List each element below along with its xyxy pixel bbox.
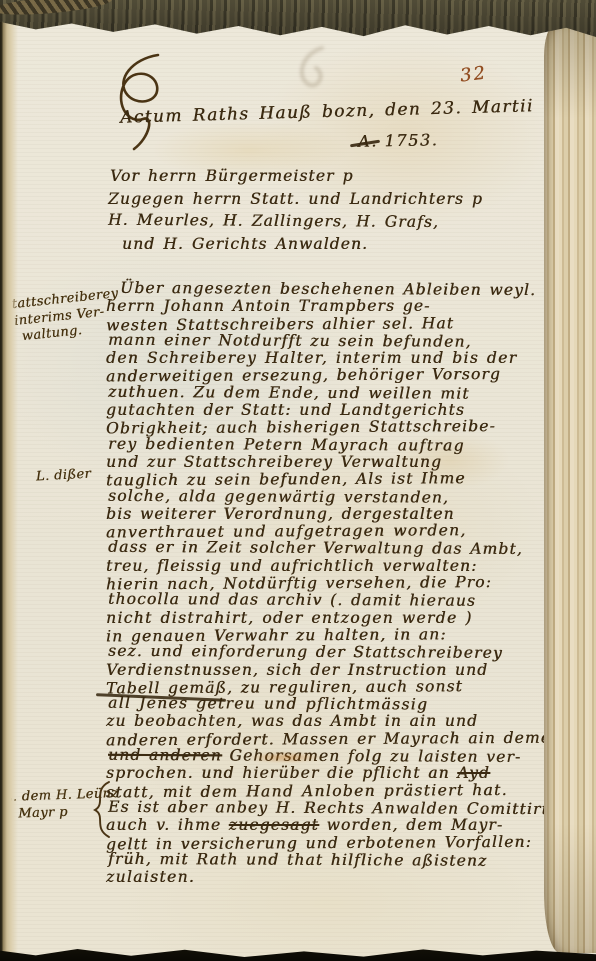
margin-note-1: Stattschreibereyinterims Ver-waltung.: [2, 286, 123, 347]
struck-text: und anderen: [108, 746, 222, 765]
body-text: Über angesezten beschehenen Ableiben wey…: [106, 281, 566, 886]
text-segment: mann einer Notdurfft zu sein befunden,: [108, 331, 472, 351]
body-line: und anderen Gehorsamen folg zu laisten v…: [108, 747, 568, 767]
body-line: nicht distrahirt, oder entzogen werde ): [106, 610, 566, 627]
body-line: auch v. ihme zuegesagt worden, dem Mayr-: [106, 817, 566, 834]
body-line: solche, alda gegenwärtig verstanden,: [108, 487, 568, 507]
text-segment: zuthuen. Zu dem Ende, und weillen mit: [108, 383, 470, 403]
attendance-block: Vor herrn Bürgermeister pZugegen herrn S…: [108, 165, 483, 255]
attendance-line: Zugegen herrn Statt. und Landrichters p: [108, 188, 483, 211]
text-segment: und zur Stattschreiberey Verwaltung: [106, 453, 442, 471]
book-gutter-edge: [0, 0, 18, 961]
initial-flourish: [112, 52, 174, 154]
text-segment: früh, mit Rath und that hilfliche aßiste…: [108, 850, 487, 870]
book-foreedge-pages: [544, 26, 596, 953]
body-line: zulaisten.: [106, 869, 566, 886]
body-line: Über angesezten beschehenen Ableiben wey…: [108, 280, 568, 300]
text-segment: Es ist aber anbey H. Rechts Anwalden Com…: [108, 798, 555, 818]
text-segment: worden, dem Mayr-: [319, 816, 503, 834]
struck-text: Ayd: [457, 764, 490, 782]
ink-smudge: [248, 752, 322, 763]
attendance-line: Vor herrn Bürgermeister p: [108, 165, 483, 188]
body-line: zuthuen. Zu dem Ende, und weillen mit: [108, 384, 568, 404]
margin-note-2: L. dißer: [36, 467, 92, 486]
parchment-page: 32 Actum Raths Hauß bozn, den 23. Martii…: [0, 0, 596, 961]
page-number: 32: [459, 62, 488, 86]
text-segment: thocolla und das archiv (. damit hieraus: [108, 590, 476, 610]
text-segment: bis weiterer Verordnung, dergestalten: [106, 505, 455, 523]
body-line: bis weiterer Verordnung, dergestalten: [106, 506, 566, 523]
text-segment: solche, alda gegenwärtig verstanden,: [108, 486, 449, 506]
body-line: dass er in Zeit solcher Verwaltung das A…: [108, 539, 568, 559]
body-line: Es ist aber anbey H. Rechts Anwalden Com…: [108, 799, 568, 819]
text-segment: zulaisten.: [106, 868, 195, 886]
text-segment: gutachten der Statt: und Landtgerichts: [106, 401, 465, 419]
attendance-line: H. Meurles, H. Zallingers, H. Grafs,: [108, 209, 483, 234]
text-segment: herrn Johann Antoin Trampbers ge-: [106, 297, 430, 315]
text-segment: Über angesezten beschehenen Ableiben wey…: [120, 279, 536, 299]
text-segment: nicht distrahirt, oder entzogen werde ): [106, 609, 473, 627]
struck-text: zuegesagt: [229, 816, 319, 834]
body-line: sprochen. und hierüber die pflicht an Ay…: [106, 765, 566, 782]
text-segment: dass er in Zeit solcher Verwaltung das A…: [108, 538, 523, 558]
text-segment: Verdienstnussen, sich der Instruction un…: [106, 661, 488, 679]
attendance-line: und H. Gerichts Anwalden.: [108, 233, 483, 256]
body-line: herrn Johann Antoin Trampbers ge-: [106, 298, 566, 315]
text-segment: zu beobachten, was das Ambt in ain und: [106, 712, 478, 730]
body-line: sez. und einforderung der Stattschreiber…: [108, 643, 568, 663]
body-line: früh, mit Rath und that hilfliche aßiste…: [108, 851, 568, 871]
manuscript-book-photo: 32 Actum Raths Hauß bozn, den 23. Martii…: [0, 0, 596, 961]
body-line: treu, fleissig und aufrichtlich verwalte…: [106, 558, 566, 575]
text-segment: rey bedienten Petern Mayrach auftrag: [108, 434, 465, 454]
body-line: und zur Stattschreiberey Verwaltung: [106, 454, 566, 471]
body-line: Verdienstnussen, sich der Instruction un…: [106, 662, 566, 679]
text-segment: auch v. ihme: [106, 816, 229, 834]
text-segment: sez. und einforderung der Stattschreiber…: [108, 642, 503, 662]
margin-note-line: L. dißer: [36, 467, 92, 486]
body-line: mann einer Notdurfft zu sein befunden,: [108, 332, 568, 352]
body-line: gutachten der Statt: und Landtgerichts: [106, 402, 566, 419]
text-segment: sprochen. und hierüber die pflicht an: [106, 764, 457, 782]
body-line: thocolla und das archiv (. damit hieraus: [108, 591, 568, 611]
text-segment: treu, fleissig und aufrichtlich verwalte…: [106, 557, 477, 575]
body-line: rey bedienten Petern Mayrach auftrag: [108, 435, 568, 455]
ink-bleedthrough-mark: [290, 44, 332, 96]
